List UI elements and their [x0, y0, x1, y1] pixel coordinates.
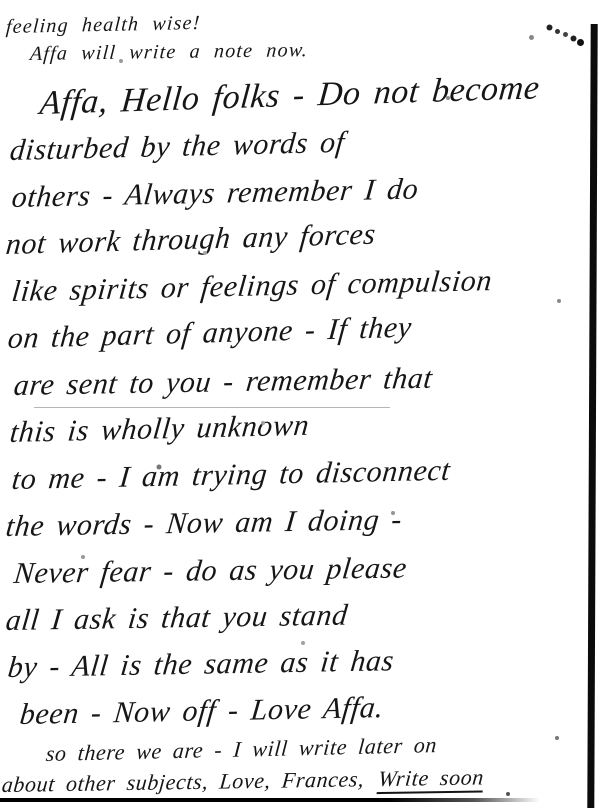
footer-text: about other subjects, Love, Frances,	[1, 766, 366, 797]
scan-edge-bottom-line	[0, 798, 540, 802]
stray-pencil-line	[34, 407, 390, 408]
handwriting-line: feeling health wise!	[5, 8, 309, 41]
handwriting-line: the words - Now am I doing -	[4, 493, 605, 550]
scan-noise-specks	[0, 0, 2, 2]
letter-page: feeling health wise! Affa will write a n…	[0, 0, 608, 808]
handwriting-line: Affa will write a note now.	[29, 37, 309, 68]
write-soon-underlined-text: Write soon	[377, 764, 485, 794]
letter-body: Affa, Hello folks - Do not become distur…	[6, 80, 602, 738]
letter-header: feeling health wise! Affa will write a n…	[6, 14, 308, 68]
letter-footer: so there we are - I will write later on …	[2, 738, 602, 800]
